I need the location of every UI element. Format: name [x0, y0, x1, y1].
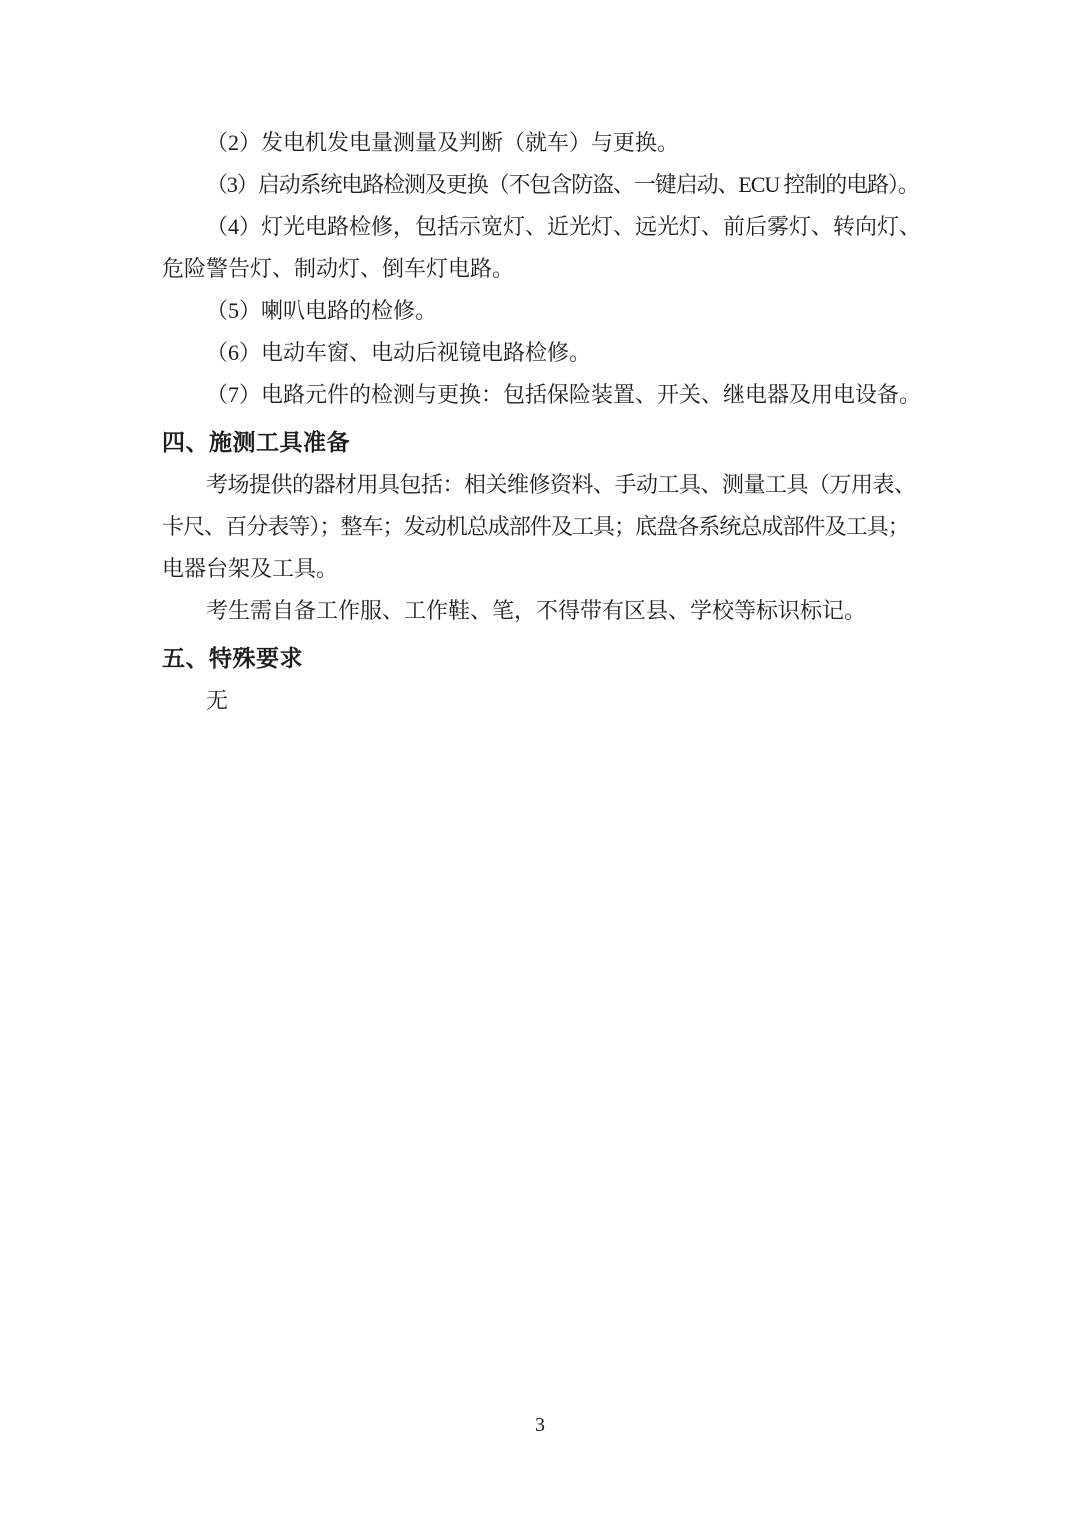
- section-heading-5-special: 五、特殊要求: [162, 638, 920, 680]
- paragraph-tools-line-3: 电器台架及工具。: [162, 548, 920, 590]
- list-item-5: （5）喇叭电路的检修。: [162, 290, 920, 332]
- paragraph-candidate-items: 考生需自备工作服、工作鞋、笔，不得带有区县、学校等标识标记。: [162, 590, 920, 632]
- list-item-3: （3）启动系统电路检测及更换（不包含防盗、一键启动、ECU 控制的电路）。: [162, 164, 920, 206]
- paragraph-none: 无: [162, 680, 920, 722]
- page-number: 3: [0, 1410, 1080, 1440]
- list-item-7: （7）电路元件的检测与更换：包括保险装置、开关、继电器及用电设备。: [162, 374, 920, 416]
- document-page: （2）发电机发电量测量及判断（就车）与更换。 （3）启动系统电路检测及更换（不包…: [0, 0, 1080, 1527]
- document-body: （2）发电机发电量测量及判断（就车）与更换。 （3）启动系统电路检测及更换（不包…: [162, 122, 920, 722]
- list-item-6: （6）电动车窗、电动后视镜电路检修。: [162, 332, 920, 374]
- list-item-2: （2）发电机发电量测量及判断（就车）与更换。: [162, 122, 920, 164]
- list-item-4-line-2: 危险警告灯、制动灯、倒车灯电路。: [162, 248, 920, 290]
- section-heading-4-tools: 四、施测工具准备: [162, 422, 920, 464]
- paragraph-tools-line-1: 考场提供的器材用具包括：相关维修资料、手动工具、测量工具（万用表、: [162, 464, 920, 506]
- list-item-4-line-1: （4）灯光电路检修，包括示宽灯、近光灯、远光灯、前后雾灯、转向灯、: [162, 206, 920, 248]
- paragraph-tools-line-2: 卡尺、百分表等）；整车；发动机总成部件及工具；底盘各系统总成部件及工具；: [162, 506, 920, 548]
